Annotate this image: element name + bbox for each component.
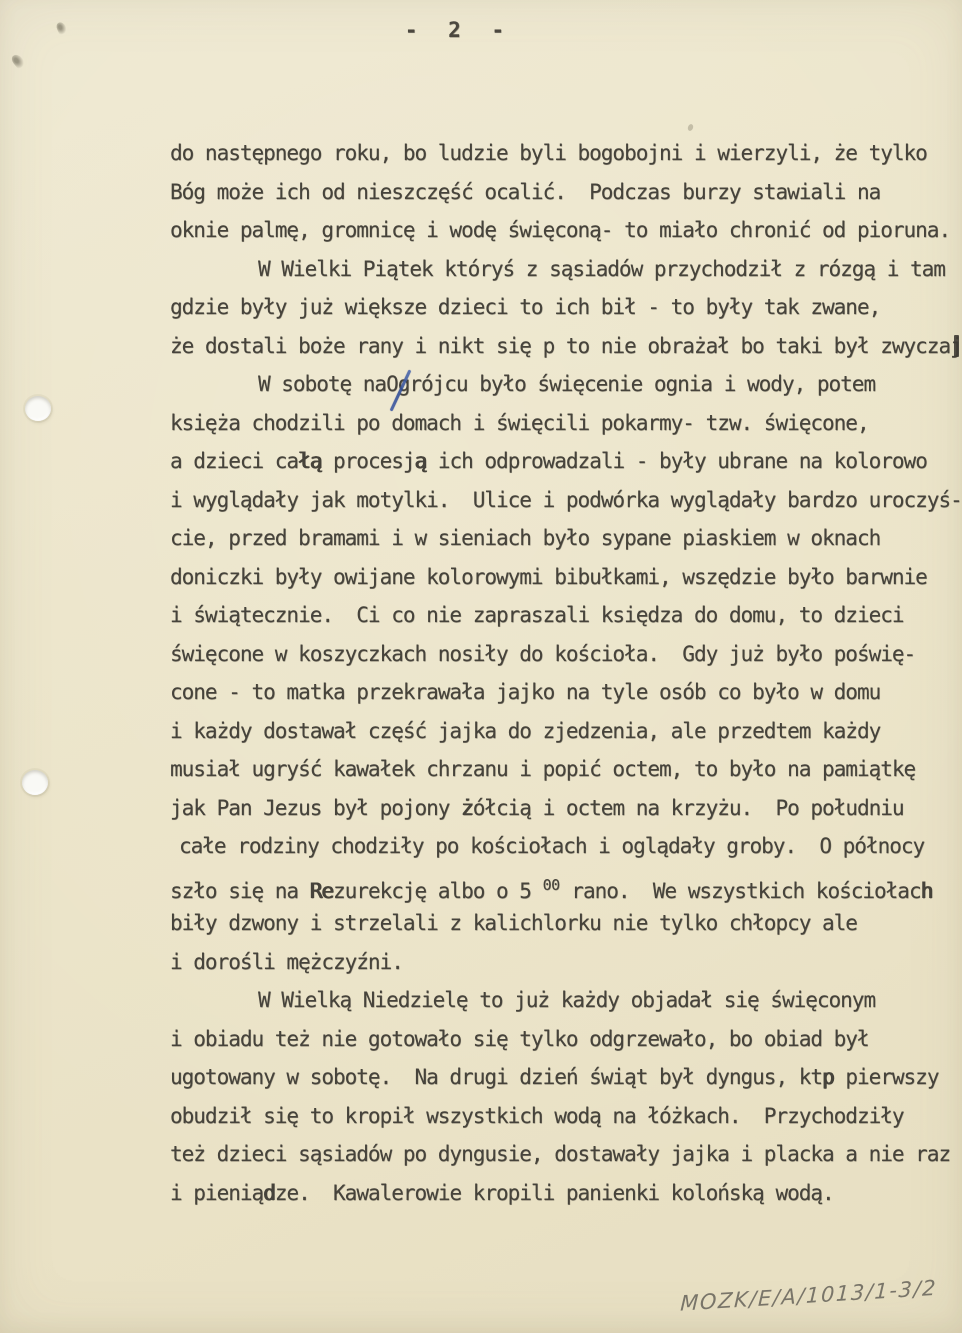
- text-line: gdzie były już większe dzieci to ich bił…: [170, 288, 962, 327]
- text-line: ugotowany w sobotę. Na drugi dzień świąt…: [170, 1058, 962, 1097]
- overstruck-text: h: [921, 879, 933, 903]
- superscript-time: 00: [543, 876, 560, 894]
- text-line: że dostali boże rany i nikt się p to nie…: [170, 327, 962, 366]
- text-line: jak Pan Jezus był pojony żółcią i octem …: [170, 789, 962, 828]
- text-line: doniczki były owijane kolorowymi bibułka…: [170, 558, 962, 597]
- text-line: cone - to matka przekrawała jajko na tyl…: [170, 673, 962, 712]
- overstruck-text: ż: [461, 796, 473, 820]
- text-line: obudził się to kropił wszystkich wodą na…: [170, 1097, 962, 1136]
- ink-speck-icon: [687, 123, 694, 131]
- line-segment: ółcią i octem na krzyżu. Po południu: [473, 796, 904, 820]
- line-segment: zurekcję albo o 5: [333, 879, 543, 903]
- page-number: - 2 -: [0, 18, 936, 42]
- text-line: i dorośli mężczyźni.: [170, 943, 962, 982]
- text-line: i każdy dostawał część jajka do zjedzeni…: [170, 712, 962, 751]
- overstruck-text: p: [822, 1065, 834, 1089]
- text-line: całe rodziny chodziły po kościołach i og…: [170, 827, 962, 866]
- text-line: też dzieci sąsiadów po dyngusie, dostawa…: [170, 1135, 962, 1174]
- line-segment: ich odprowadzali - były ubrane na koloro…: [426, 449, 927, 473]
- line-segment: a dzieci ca: [170, 449, 298, 473]
- text-line: Bóg może ich od nieszczęść ocalić. Podcz…: [170, 173, 962, 212]
- overstruck-text: d: [263, 1181, 275, 1205]
- punch-hole-top: [25, 396, 51, 421]
- text-line: i wyglądały jak motylki. Ulice i podwórk…: [170, 481, 962, 520]
- edge-typed-mark-icon: [954, 335, 959, 357]
- line-segment: procesj: [321, 449, 414, 473]
- text-line: oknie palmę, gromnicę i wodę święconą- t…: [170, 211, 962, 250]
- overstruck-text: Re: [310, 879, 333, 903]
- overstruck-text: łą: [298, 449, 321, 473]
- line-segment: szło się na: [170, 879, 310, 903]
- line-segment: jak Pan Jezus był pojony: [170, 796, 461, 820]
- line-segment: rano. We wszystkich kościołac: [560, 879, 921, 903]
- typewritten-text-block: do następnego roku, bo ludzie byli bogob…: [170, 134, 962, 1212]
- text-line: szło się na Rezurekcję albo o 5 00 rano.…: [170, 866, 962, 905]
- archive-reference: MOZK/E/A/1013/1-3/2: [680, 1274, 961, 1315]
- text-line: i obiadu też nie gotowało się tylko odgr…: [170, 1020, 962, 1059]
- pencil-mark-icon: [10, 52, 27, 69]
- text-line: do następnego roku, bo ludzie byli bogob…: [170, 134, 962, 173]
- punch-hole-bottom: [22, 770, 48, 795]
- line-segment: pierwszy: [834, 1065, 939, 1089]
- text-line: księża chodzili po domach i święcili pok…: [170, 404, 962, 443]
- text-line: musiał ugryść kawałek chrzanu i popić oc…: [170, 750, 962, 789]
- text-line: cie, przed bramami i w sieniach było syp…: [170, 519, 962, 558]
- text-line: święcone w koszyczkach nosiły do kościoł…: [170, 635, 962, 674]
- line-segment: ze. Kawalerowie kropili panienki kolońsk…: [275, 1181, 834, 1205]
- text-line: W Wielki Piątek któryś z sąsiadów przych…: [170, 250, 962, 289]
- text-line: W Wielką Niedzielę to już każdy objadał …: [170, 981, 962, 1020]
- scanned-document-page: - 2 - do następnego roku, bo ludzie byli…: [0, 0, 962, 1333]
- line-segment: ugotowany w sobotę. Na drugi dzień świąt…: [170, 1065, 822, 1089]
- text-line: biły dzwony i strzelali z kalichlorku ni…: [170, 904, 962, 943]
- text-line: W sobotę naOgrójcu było święcenie ognia …: [170, 365, 962, 404]
- line-segment: i pienią: [170, 1181, 263, 1205]
- text-line: i pieniądze. Kawalerowie kropili panienk…: [170, 1174, 962, 1213]
- text-line: i świątecznie. Ci co nie zapraszali księ…: [170, 596, 962, 635]
- text-line: a dzieci całą procesją ich odprowadzali …: [170, 442, 962, 481]
- overstruck-text: ą: [415, 449, 427, 473]
